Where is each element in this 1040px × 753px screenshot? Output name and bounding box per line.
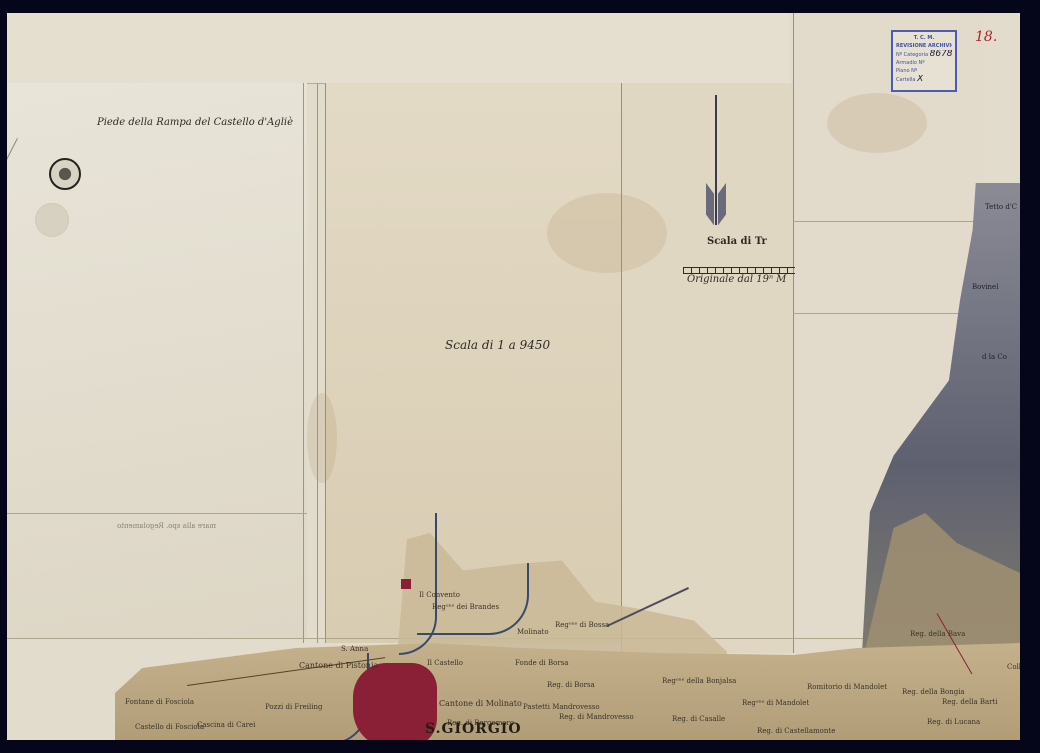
- place-label: Il Convento: [419, 591, 460, 599]
- paper-stain: [307, 393, 337, 483]
- river-icon: [417, 563, 529, 635]
- stamp-header: T. C. M.: [896, 34, 952, 42]
- place-label: Colle de Croce: [1007, 663, 1020, 671]
- place-label: Cantone di Molinato: [439, 699, 522, 708]
- place-label: Reg. di Casalle: [672, 715, 725, 723]
- place-label: Romitorio di Mandolet: [807, 683, 887, 691]
- town-label-sgiorgio: S.GIORGIO: [425, 721, 522, 737]
- place-label: Regᵒⁿᵉ della Bonjalsa: [662, 677, 736, 685]
- ramp-title-label: Piede della Rampa del Castello d'Agliè: [97, 117, 293, 128]
- place-label: Reg. di Lucana: [927, 718, 980, 726]
- archive-stamp: T. C. M. REVISIONE ARCHIVIO Nº Categoria…: [891, 30, 957, 92]
- top-paper-strip: [7, 13, 790, 84]
- place-label: Pastetti Mandrovesso: [523, 703, 600, 711]
- place-label: Pozzi di Freiling: [265, 703, 322, 711]
- sheet-join-line: [621, 83, 622, 663]
- fold-line: [793, 313, 983, 314]
- paper-stain: [827, 93, 927, 153]
- place-label: Reg. della Barti: [942, 698, 998, 706]
- place-label: Molinato: [517, 628, 549, 636]
- map-sheet: Piede della Rampa del Castello d'Agliè S…: [7, 13, 1020, 740]
- place-label: Il Castello: [427, 659, 463, 667]
- secondary-scale-title: Scala di Tr: [707, 236, 767, 247]
- graphic-scale-bar: [683, 267, 795, 274]
- place-label: Cantone di Pistonia: [299, 661, 378, 670]
- place-label: Regᵒⁿᵉ di Bossa: [555, 621, 609, 629]
- faded-seal-icon: [35, 203, 69, 237]
- stamp-row-categoria: Nº Categoria 8678: [896, 50, 952, 59]
- archive-seal-icon: [49, 158, 81, 190]
- stamp-header: REVISIONE ARCHIVIO: [896, 42, 952, 50]
- fold-line: [7, 513, 307, 514]
- place-label: Regᵒⁿᵉ di Mandolet: [742, 699, 809, 707]
- sheet-number: 18.: [975, 29, 997, 45]
- hill-label: Bovinel: [972, 283, 998, 291]
- faint-mirrored-note: mare alla spo. Regolamento: [117, 522, 216, 530]
- place-label: Fonde di Borsa: [515, 659, 568, 667]
- main-scale-label: Scala di 1 a 9450: [445, 338, 550, 352]
- place-label: Fontane di Fosciola: [125, 698, 194, 706]
- place-label: Reg. di Castellamonte: [757, 727, 835, 735]
- place-label: Reg. di Mandrovesso: [559, 713, 634, 721]
- place-label: Castello di Fosciola: [135, 723, 204, 731]
- stamp-category-number: 8678: [930, 50, 952, 59]
- paper-panel-middle: [325, 83, 621, 643]
- place-label: Reg. di Borsa: [547, 681, 595, 689]
- hill-label: Tetto d'C: [985, 203, 1017, 211]
- place-label: Reg. della Bava: [910, 630, 965, 638]
- place-label: Regᵒⁿᵉ dei Brandes: [432, 603, 499, 611]
- place-label: S. Anna: [341, 645, 368, 653]
- sheet-join-line: [793, 13, 794, 653]
- paper-panel-middle-right: [621, 83, 794, 653]
- place-label: Cascina di Carei: [197, 721, 255, 729]
- stamp-row-armadio: Armadio Nº: [896, 59, 952, 67]
- stamp-row-piano: Piano Nº: [896, 67, 952, 75]
- fold-line: [793, 221, 983, 222]
- convent-building: [401, 579, 411, 589]
- hill-label: d la Co: [982, 353, 1007, 361]
- margin-line-red: [303, 83, 304, 643]
- margin-line-red: [317, 83, 318, 643]
- sheet-join-line: [325, 83, 326, 643]
- secondary-scale-note: Originale dal 19ⁿ M: [687, 274, 786, 285]
- place-label: Reg. della Bongia: [902, 688, 965, 696]
- paper-stain: [547, 193, 667, 273]
- stamp-row-cartella: Cartella X: [896, 75, 952, 84]
